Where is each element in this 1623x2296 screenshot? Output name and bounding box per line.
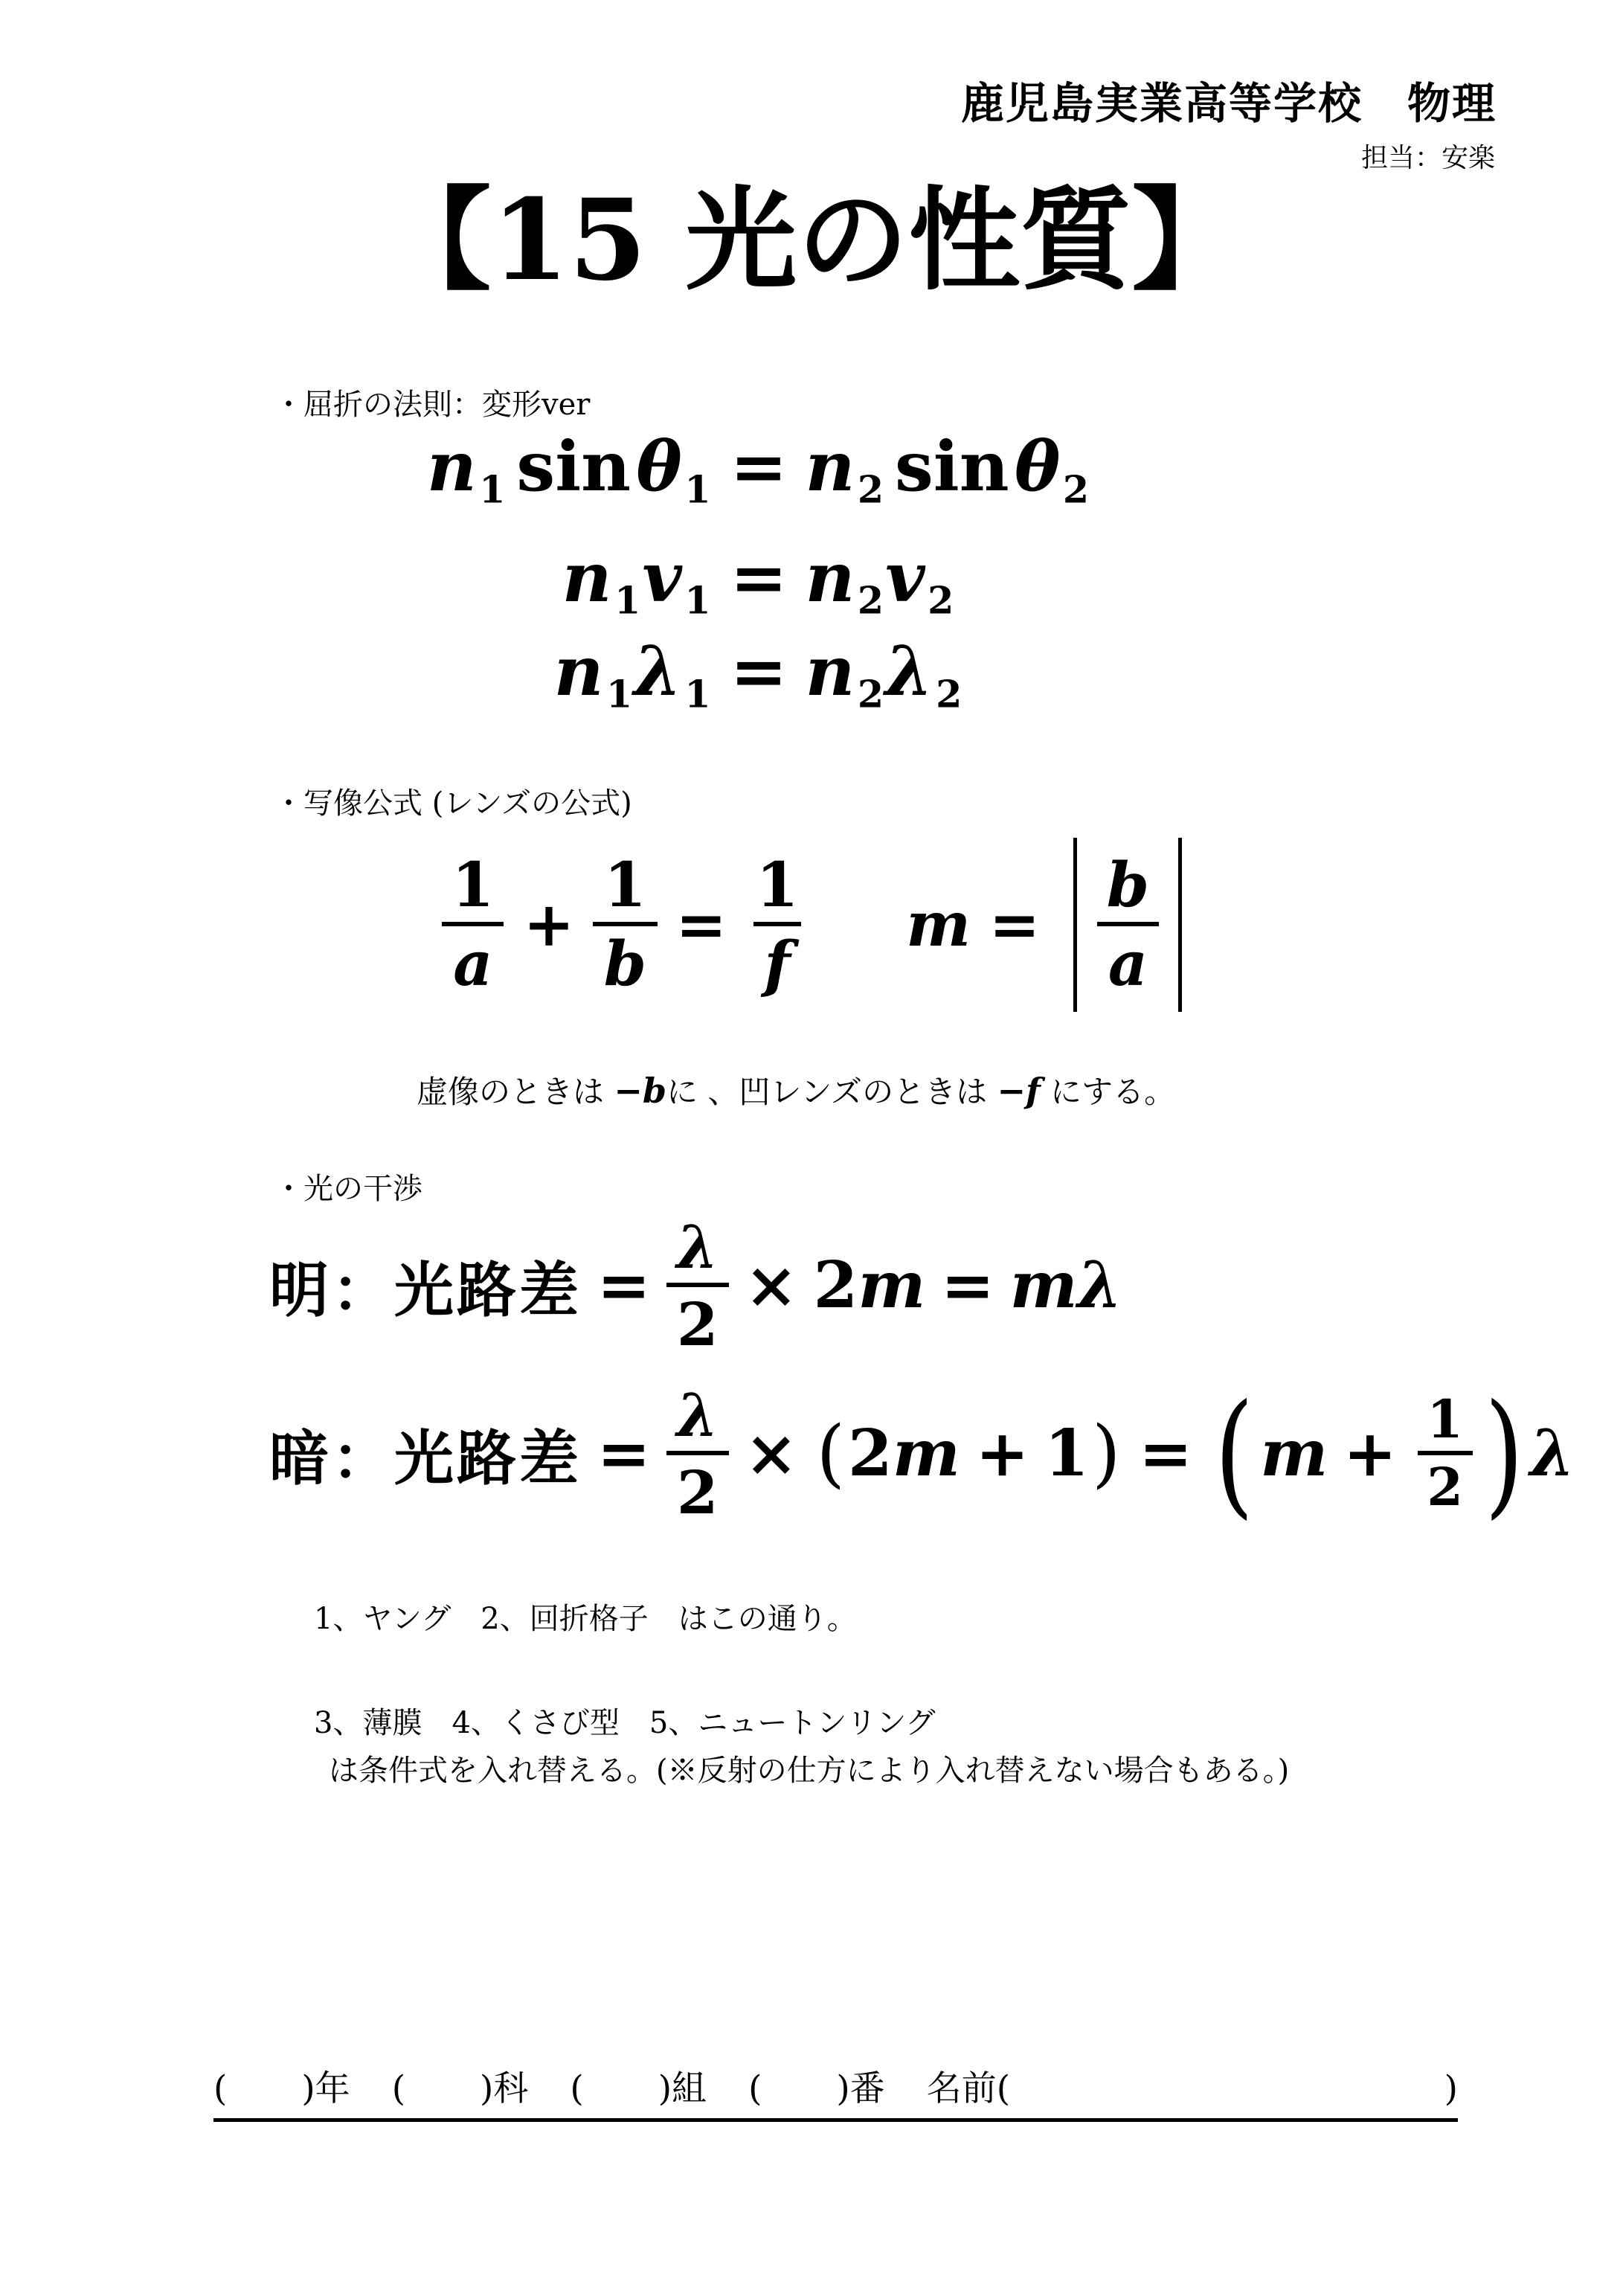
math-function: sin [516, 426, 631, 507]
math-subscript: 1 [684, 673, 710, 716]
math-var: n [562, 537, 612, 618]
note-thinfilm-list: 3、薄膜 4、くさび型 5、ニュートンリング [314, 1705, 936, 1741]
note-text: に 、凹レンズのときは [666, 1074, 997, 1110]
math-var: n [554, 631, 604, 711]
header-school-subject: 鹿児島実業高等学校 物理 [961, 68, 1497, 131]
math-var: n [427, 426, 477, 507]
math-subscript: 1 [606, 673, 632, 716]
math-var: n [805, 631, 855, 711]
math-number: 1 [1044, 1416, 1089, 1491]
fraction-1-over-a: 1 a [441, 855, 506, 995]
equation-snell: n1sinθ1=n2sinθ2 [0, 428, 1517, 507]
fraction-denominator: 2 [666, 1451, 729, 1522]
page-title: 【15 光の性質】 [0, 168, 1623, 313]
bright-prefix: 明：光路差 [269, 1242, 582, 1328]
math-var: λ [634, 631, 682, 711]
math-var: −f [997, 1071, 1040, 1111]
math-subscript: 1 [479, 468, 505, 511]
math-var: θ [636, 426, 681, 507]
fraction-lambda-over-2: λ 2 [666, 1217, 729, 1354]
equation-bright-fringe: 明：光路差 = λ 2 × 2m = mλ [269, 1217, 1122, 1354]
math-subscript: 1 [684, 468, 710, 511]
section-label-lens: ・写像公式 (レンズの公式) [274, 786, 632, 821]
fraction-numerator: 1 [593, 855, 658, 922]
math-subscript: 2 [1063, 468, 1089, 511]
name-label: 名前( [927, 2061, 1010, 2111]
equals-sign: = [1139, 1416, 1192, 1491]
number-label: )番 [836, 2061, 884, 2111]
math-var: m [893, 1416, 960, 1491]
equals-sign: = [675, 889, 727, 961]
math-subscript: 2 [858, 673, 884, 716]
math-var: λ [1078, 1248, 1122, 1323]
worksheet-page: 鹿児島実業高等学校 物理 担当：安楽 【15 光の性質】 ・屈折の法則：変形ve… [0, 0, 1623, 2296]
equation-wavelength: n1λ1=n2λ2 [0, 632, 1517, 711]
math-var: v [885, 537, 925, 618]
equals-sign: = [941, 1248, 994, 1323]
fraction-numerator: b [1096, 855, 1160, 922]
equals-sign: = [597, 1416, 651, 1491]
math-var: m [1260, 1416, 1328, 1491]
class-label: )組 [658, 2061, 707, 2111]
section-label-refraction: ・屈折の法則：変形ver [274, 387, 590, 423]
section-label-interference: ・光の干渉 [274, 1171, 422, 1207]
note-text: 虚像のときは [417, 1074, 614, 1110]
note-thinfilm-condition: は条件式を入れ替える。(※反射の仕方により入れ替えない場合もある。) [329, 1753, 1289, 1789]
close-paren: ) [1444, 2068, 1458, 2109]
math-var: m [1010, 1248, 1078, 1323]
fraction-numerator: 1 [441, 855, 506, 922]
fraction-1-over-b: 1 b [593, 855, 658, 995]
note-young-grating: 1、ヤング 2、回折格子 はこの通り。 [314, 1601, 857, 1637]
plus-sign: + [975, 1416, 1029, 1491]
number-field: ()番 [748, 2061, 885, 2111]
fraction-denominator: a [442, 922, 504, 995]
equation-dark-fringe: 暗：光路差 = λ 2 × (2m+1) = (m+ 1 2 )λ [269, 1385, 1575, 1522]
math-subscript: 2 [858, 468, 884, 511]
math-var: θ [1015, 426, 1060, 507]
fraction-numerator: 1 [745, 855, 810, 922]
dept-field: ()科 [392, 2061, 529, 2111]
year-label: )年 [301, 2061, 350, 2111]
equation-speed: n1v1=n2v2 [0, 539, 1517, 618]
equation-lens: 1 a + 1 b = 1 f m = b a [0, 838, 1623, 1012]
open-paren: ( [392, 2068, 405, 2109]
equals-sign: = [730, 631, 787, 711]
dept-label: )科 [480, 2061, 528, 2111]
equals-sign: = [730, 537, 787, 618]
fraction-denominator: a [1097, 922, 1159, 995]
plus-sign: + [524, 889, 575, 961]
note-text: にする。 [1041, 1074, 1175, 1110]
equals-sign: = [730, 426, 787, 507]
fraction-b-over-a: b a [1096, 855, 1160, 995]
math-var: m [858, 1248, 925, 1323]
math-coefficient: 2 [848, 1416, 893, 1491]
math-var: n [805, 537, 855, 618]
equals-sign: = [989, 889, 1041, 961]
open-paren: ( [213, 2068, 227, 2109]
fraction-denominator: b [593, 922, 658, 995]
math-var: −b [614, 1071, 666, 1111]
plus-sign: + [1343, 1416, 1397, 1491]
lens-note: 虚像のときは −bに 、凹レンズのときは −f にする。 [417, 1068, 1175, 1112]
math-function: sin [895, 426, 1009, 507]
math-subscript: 2 [928, 579, 954, 622]
absolute-value-bars: b a [1073, 838, 1182, 1012]
open-paren: ( [816, 1411, 845, 1496]
math-coefficient: 2 [814, 1248, 858, 1323]
fraction-numerator: λ [666, 1217, 729, 1283]
open-paren: ( [570, 2068, 583, 2109]
fraction-denominator: f [753, 922, 802, 995]
fraction-1-over-f: 1 f [745, 855, 810, 995]
math-var: λ [1530, 1416, 1575, 1491]
fraction-lambda-over-2: λ 2 [666, 1385, 729, 1522]
dark-prefix: 暗：光路差 [269, 1411, 582, 1496]
times-sign: × [745, 1248, 798, 1323]
math-subscript: 1 [684, 579, 710, 622]
fraction-numerator: λ [666, 1385, 729, 1451]
math-subscript: 1 [614, 579, 640, 622]
fraction-1-over-2: 1 2 [1418, 1394, 1473, 1513]
year-field: ()年 [213, 2061, 350, 2111]
open-paren: ( [748, 2068, 762, 2109]
math-var: n [805, 426, 855, 507]
math-subscript: 2 [936, 673, 962, 716]
times-sign: × [745, 1416, 798, 1491]
math-var: v [642, 537, 681, 618]
equation-magnification: m = b a [906, 838, 1182, 1012]
math-var: m [906, 889, 971, 961]
close-paren: ) [1092, 1411, 1121, 1496]
math-var: λ [885, 631, 933, 711]
fraction-denominator: 2 [666, 1283, 729, 1354]
class-field: ()組 [570, 2061, 707, 2111]
student-info-line: ()年 ()科 ()組 ()番 名前( ) [213, 2061, 1458, 2122]
fraction-numerator: 1 [1418, 1394, 1473, 1451]
math-subscript: 2 [858, 579, 884, 622]
fraction-denominator: 2 [1418, 1451, 1473, 1513]
equals-sign: = [597, 1248, 651, 1323]
